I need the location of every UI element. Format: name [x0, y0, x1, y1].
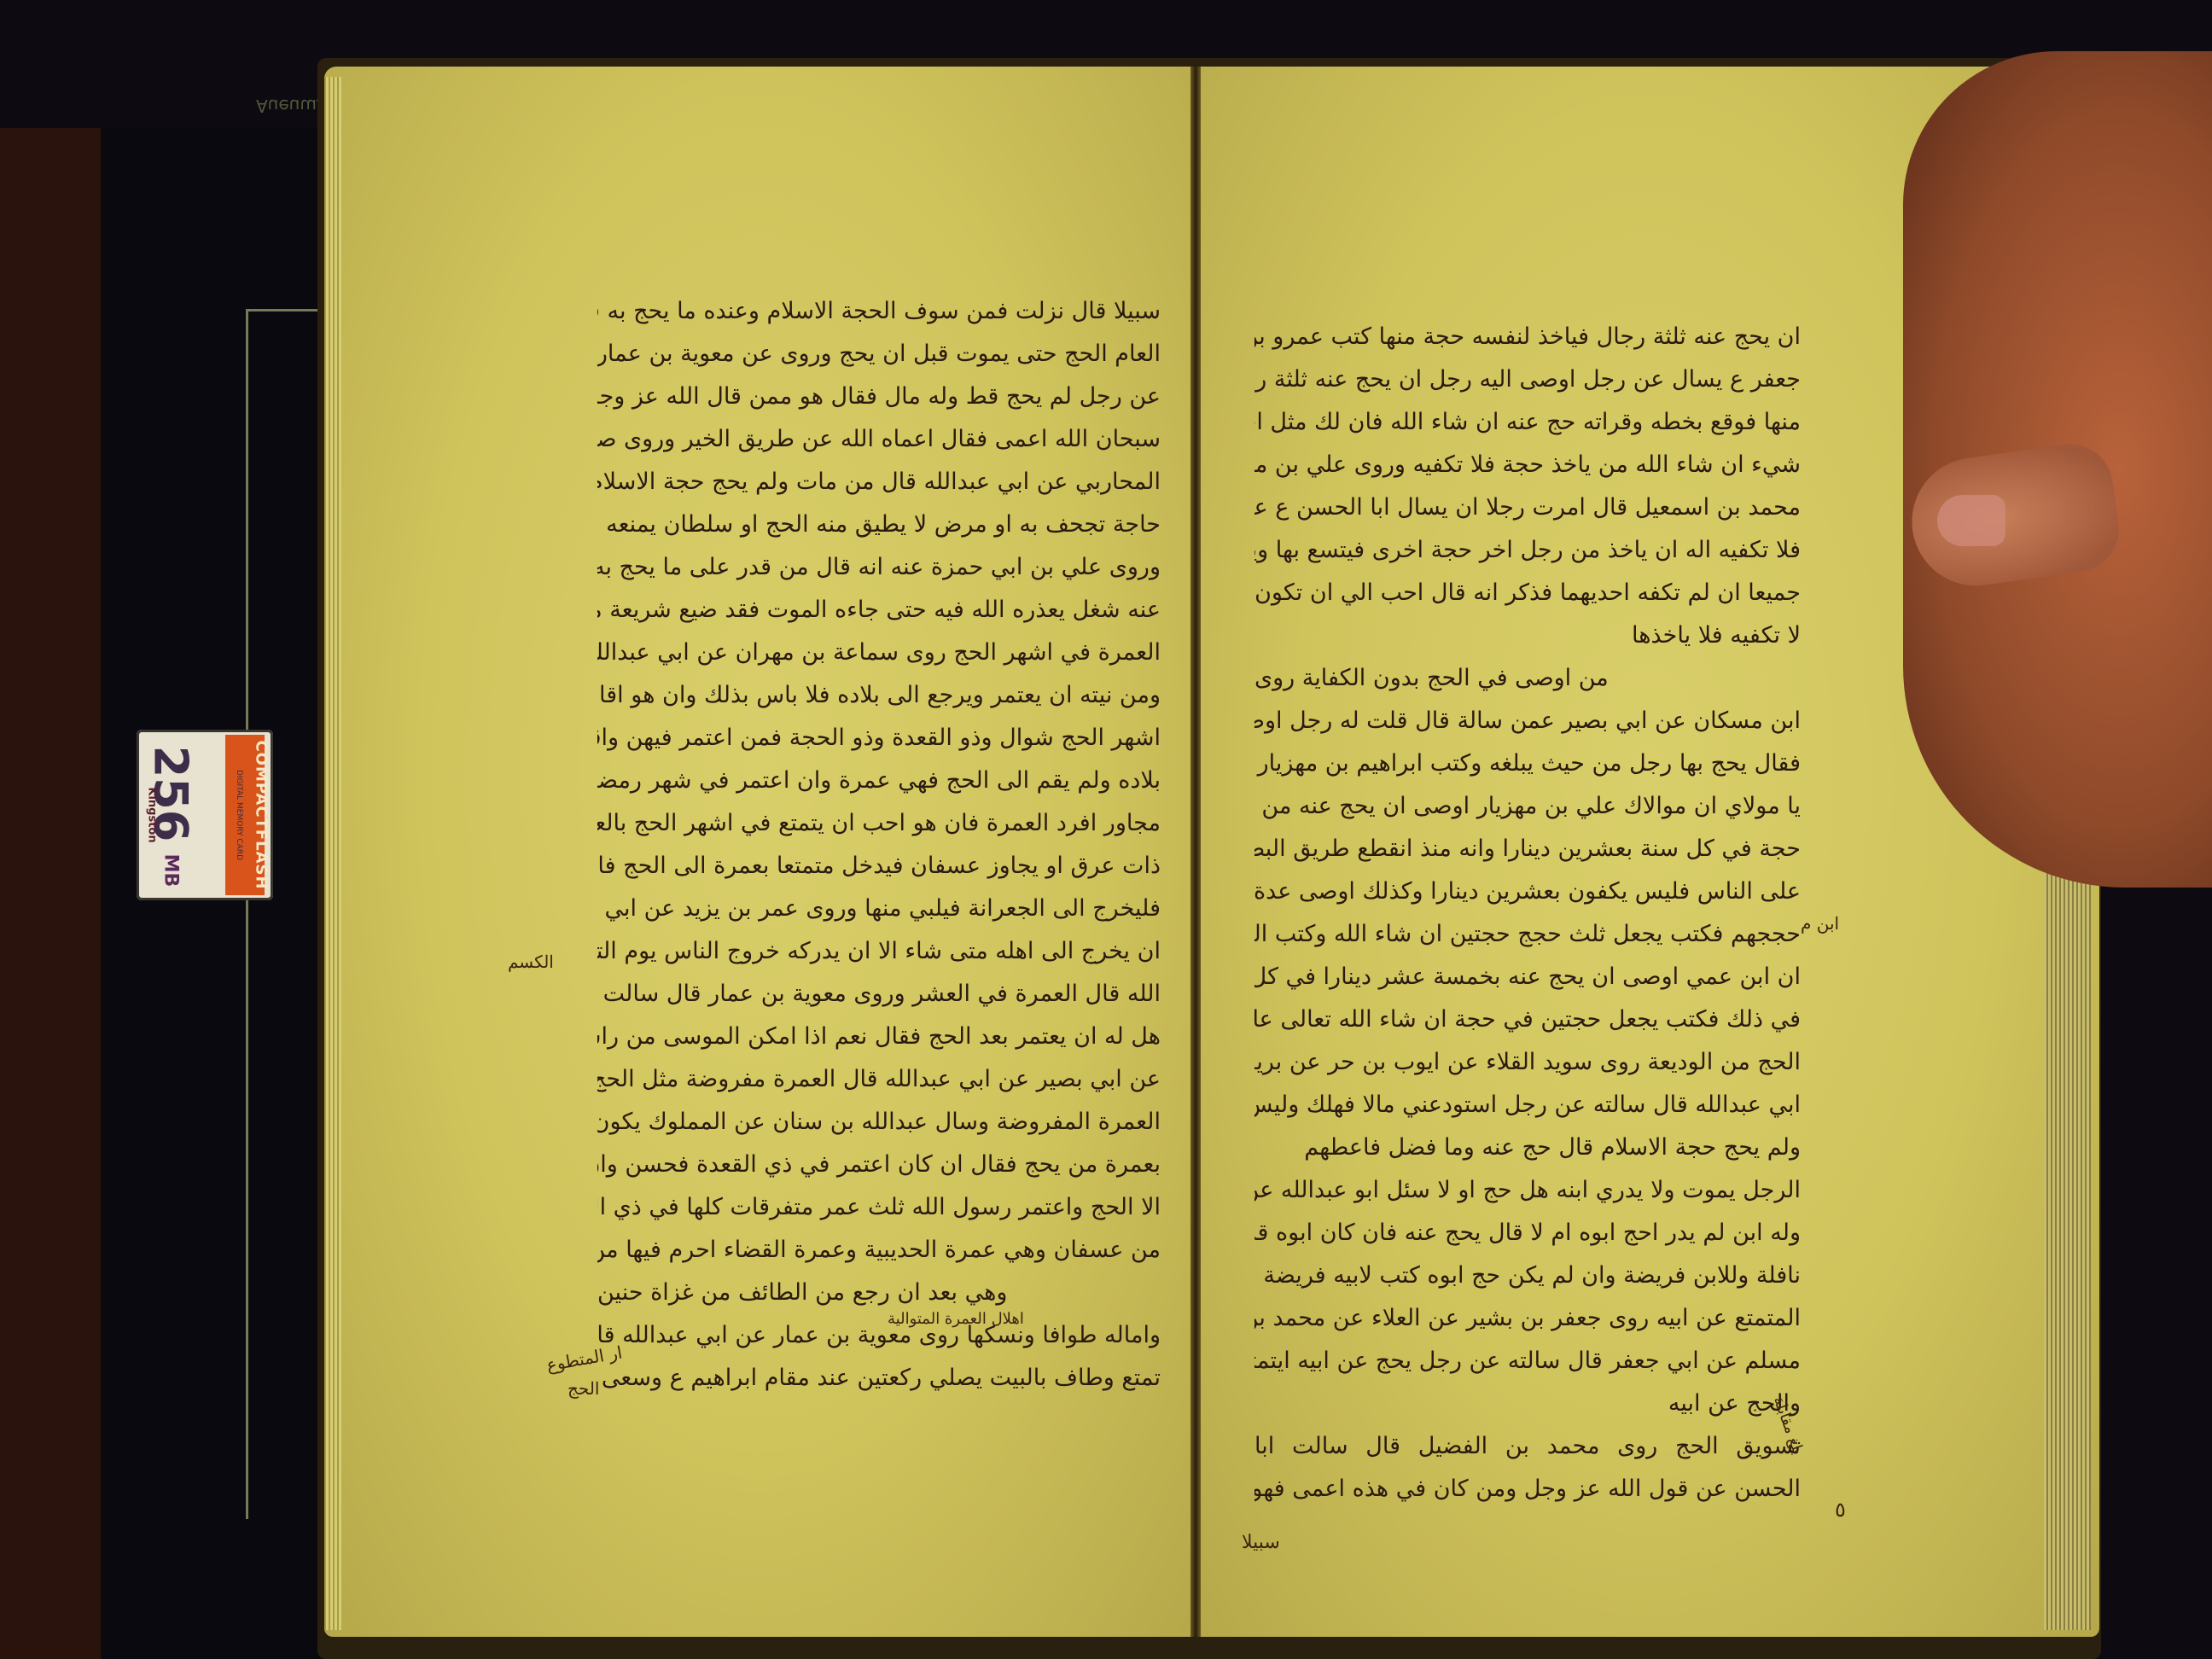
manuscript-line: منها فوقع بخطه وقراته حج عنه ان شاء الله… — [1254, 401, 1801, 444]
manuscript-line: ان يحج عنه ثلثة رجال فياخذ لنفسه حجة منه… — [1254, 316, 1801, 358]
manuscript-line: تمتع وطاف بالبيت يصلي ركعتين عند مقام اب… — [597, 1357, 1161, 1400]
folio-mark: ٥ — [1835, 1498, 1846, 1522]
margin-note: اهلال العمرة المتوالية — [888, 1310, 1024, 1328]
manuscript-line: سبيلا قال نزلت فمن سوف الحجة الاسلام وعن… — [597, 290, 1161, 333]
manuscript-line: الله قال العمرة في العشر وروى معوية بن ع… — [597, 973, 1161, 1016]
manuscript-line: تسويق الحج روى محمد بن الفضيل قال سالت ا… — [1254, 1425, 1801, 1468]
manuscript-line: جميعا ان لم تكفه احديهما فذكر انه قال اح… — [1254, 572, 1801, 614]
manuscript-line: العام الحج حتى يموت قبل ان يحج وروى عن م… — [597, 333, 1161, 375]
manuscript-line: بلاده ولم يقم الى الحج فهي عمرة وان اعتم… — [597, 760, 1161, 802]
manuscript-line: هل له ان يعتمر بعد الحج فقال نعم اذا امك… — [597, 1016, 1161, 1058]
manuscript-line: الا الحج واعتمر رسول الله ثلث عمر متفرقا… — [597, 1186, 1161, 1229]
thumbnail — [1937, 495, 2005, 546]
manuscript-line: ومن نيته ان يعتمر ويرجع الى بلاده فلا با… — [597, 674, 1161, 717]
manuscript-line: العمرة في اشهر الحج روى سماعة بن مهران ع… — [597, 632, 1161, 674]
manuscript-line: شيء ان شاء الله من ياخذ حجة فلا تكفيه ور… — [1254, 444, 1801, 486]
manuscript-line: ابن مسكان عن ابي بصير عمن سالة قال قلت ل… — [1254, 700, 1801, 742]
manuscript-line: فقال يحج بها رجل من حيث يبلغه وكتب ابراه… — [1254, 742, 1801, 785]
manuscript-line: عنه شغل يعذره الله فيه حتى جاءه الموت فق… — [597, 589, 1161, 632]
manuscript-line: مسلم عن ابي جعفر قال سالته عن رجل يحج عن… — [1254, 1340, 1801, 1382]
manuscript-line: وروى علي بن ابي حمزة عنه انه قال من قدر … — [597, 546, 1161, 589]
manuscript-line: ان ابن عمي اوصى ان يحج عنه بخمسة عشر دين… — [1254, 956, 1801, 998]
card-subtitle: DIGITAL MEMORY CARD — [235, 770, 243, 860]
left-page-text: سبيلا قال نزلت فمن سوف الحجة الاسلام وعن… — [597, 290, 1161, 1400]
manuscript-line: وله ابن لم يدر احج ابوه ام لا قال يحج عن… — [1254, 1212, 1801, 1254]
manuscript-line: الحسن عن قول الله عز وجل ومن كان في هذه … — [1254, 1468, 1801, 1511]
margin-note: الحج — [568, 1378, 599, 1399]
manuscript-line: العمرة المفروضة وسال عبدالله بن سنان عن … — [597, 1101, 1161, 1144]
manuscript-line: ان يخرج الى اهله متى شاء الا ان يدركه خر… — [597, 930, 1161, 973]
manuscript-line: ابي عبدالله قال سالته عن رجل استودعني ما… — [1254, 1084, 1801, 1126]
manuscript-line: من عسفان وهي عمرة الحديبية وعمرة القضاء … — [597, 1229, 1161, 1272]
manuscript-line: المتمتع عن ابيه روى جعفر بن بشير عن العل… — [1254, 1297, 1801, 1340]
manuscript-line: فليخرج الى الجعرانة فيلبي منها وروى عمر … — [597, 888, 1161, 930]
manuscript-line: اشهر الحج شوال وذو القعدة وذو الحجة فمن … — [597, 717, 1161, 760]
frame-border-line — [246, 309, 324, 1519]
manuscript-line: المحاربي عن ابي عبدالله قال من مات ولم ي… — [597, 461, 1161, 504]
page-edges-left — [324, 77, 341, 1630]
book-gutter — [1190, 67, 1201, 1637]
manuscript-line: الحج من الوديعة روى سويد القلاء عن ايوب … — [1254, 1041, 1801, 1084]
manuscript-line: واماله طوافا ونسكها روى معوية بن عمار عن… — [597, 1314, 1161, 1357]
manuscript-line: بعمرة من يحج فقال ان كان اعتمر في ذي الق… — [597, 1144, 1161, 1186]
margin-note: ابن م — [1801, 913, 1839, 934]
manuscript-line: في ذلك فكتب يجعل حجتين في حجة ان شاء الل… — [1254, 998, 1801, 1041]
manuscript-line: الرجل يموت ولا يدري ابنه هل حج او لا سئل… — [1254, 1169, 1801, 1212]
manuscript-line: على الناس فليس يكفون بعشرين دينارا وكذلك… — [1254, 870, 1801, 913]
manuscript-line: نافلة وللابن فريضة وان لم يكن حج ابوه كت… — [1254, 1254, 1801, 1297]
manuscript-line: حاجة تجحف به او مرض لا يطيق منه الحج او … — [597, 504, 1161, 546]
margin-note: الكسم — [508, 952, 554, 972]
right-page-text: ان يحج عنه ثلثة رجال فياخذ لنفسه حجة منه… — [1254, 316, 1801, 1511]
manuscript-line: جعفر ع يسال عن رجل اوصى اليه رجل ان يحج … — [1254, 358, 1801, 401]
catchword: سبيلا — [1242, 1532, 1280, 1553]
manuscript-line: فلا تكفيه اله ان ياخذ من رجل اخر حجة اخر… — [1254, 529, 1801, 572]
manuscript-line: محمد بن اسمعيل قال امرت رجلا ان يسال ابا… — [1254, 486, 1801, 529]
manuscript-line: من اوصى في الحج بدون الكفاية روى — [1254, 657, 1801, 700]
manuscript-line: مجاور افرد العمرة فان هو احب ان يتمتع في… — [597, 802, 1161, 845]
manuscript-line: عن ابي بصير عن ابي عبدالله قال العمرة مف… — [597, 1058, 1161, 1101]
manuscript-line: يا مولاي ان موالاك علي بن مهزيار اوصى ان… — [1254, 785, 1801, 828]
manuscript-line: ذات عرق او يجاوز عسفان فيدخل متمتعا بعمر… — [597, 845, 1161, 888]
manuscript-line: حججهم فكتب يجعل ثلث حجج حجتين ان شاء الل… — [1254, 913, 1801, 956]
manuscript-line: سبحان الله اعمى فقال اعماه الله عن طريق … — [597, 418, 1161, 461]
card-brand: COMPACTFLASH — [253, 740, 271, 889]
manuscript-line: حجة في كل سنة بعشرين دينارا وانه منذ انق… — [1254, 828, 1801, 870]
background-cloth — [0, 128, 101, 1659]
manuscript-line: عن رجل لم يحج قط وله مال فقال هو ممن قال… — [597, 375, 1161, 418]
manuscript-line: وهي بعد ان رجع من الطائف من غزاة حنين — [597, 1272, 1161, 1314]
card-maker: Kingston — [146, 787, 159, 842]
manuscript-line: لا تكفيه فلا ياخذها — [1254, 614, 1801, 657]
manuscript-line: ولم يحج حجة الاسلام قال حج عنه وما فضل ف… — [1254, 1126, 1801, 1169]
manuscript-line: والحج عن ابيه — [1254, 1382, 1801, 1425]
card-capacity-unit: MB — [160, 854, 182, 888]
compactflash-card: COMPACTFLASH DIGITAL MEMORY CARD 256 MB … — [137, 730, 273, 900]
